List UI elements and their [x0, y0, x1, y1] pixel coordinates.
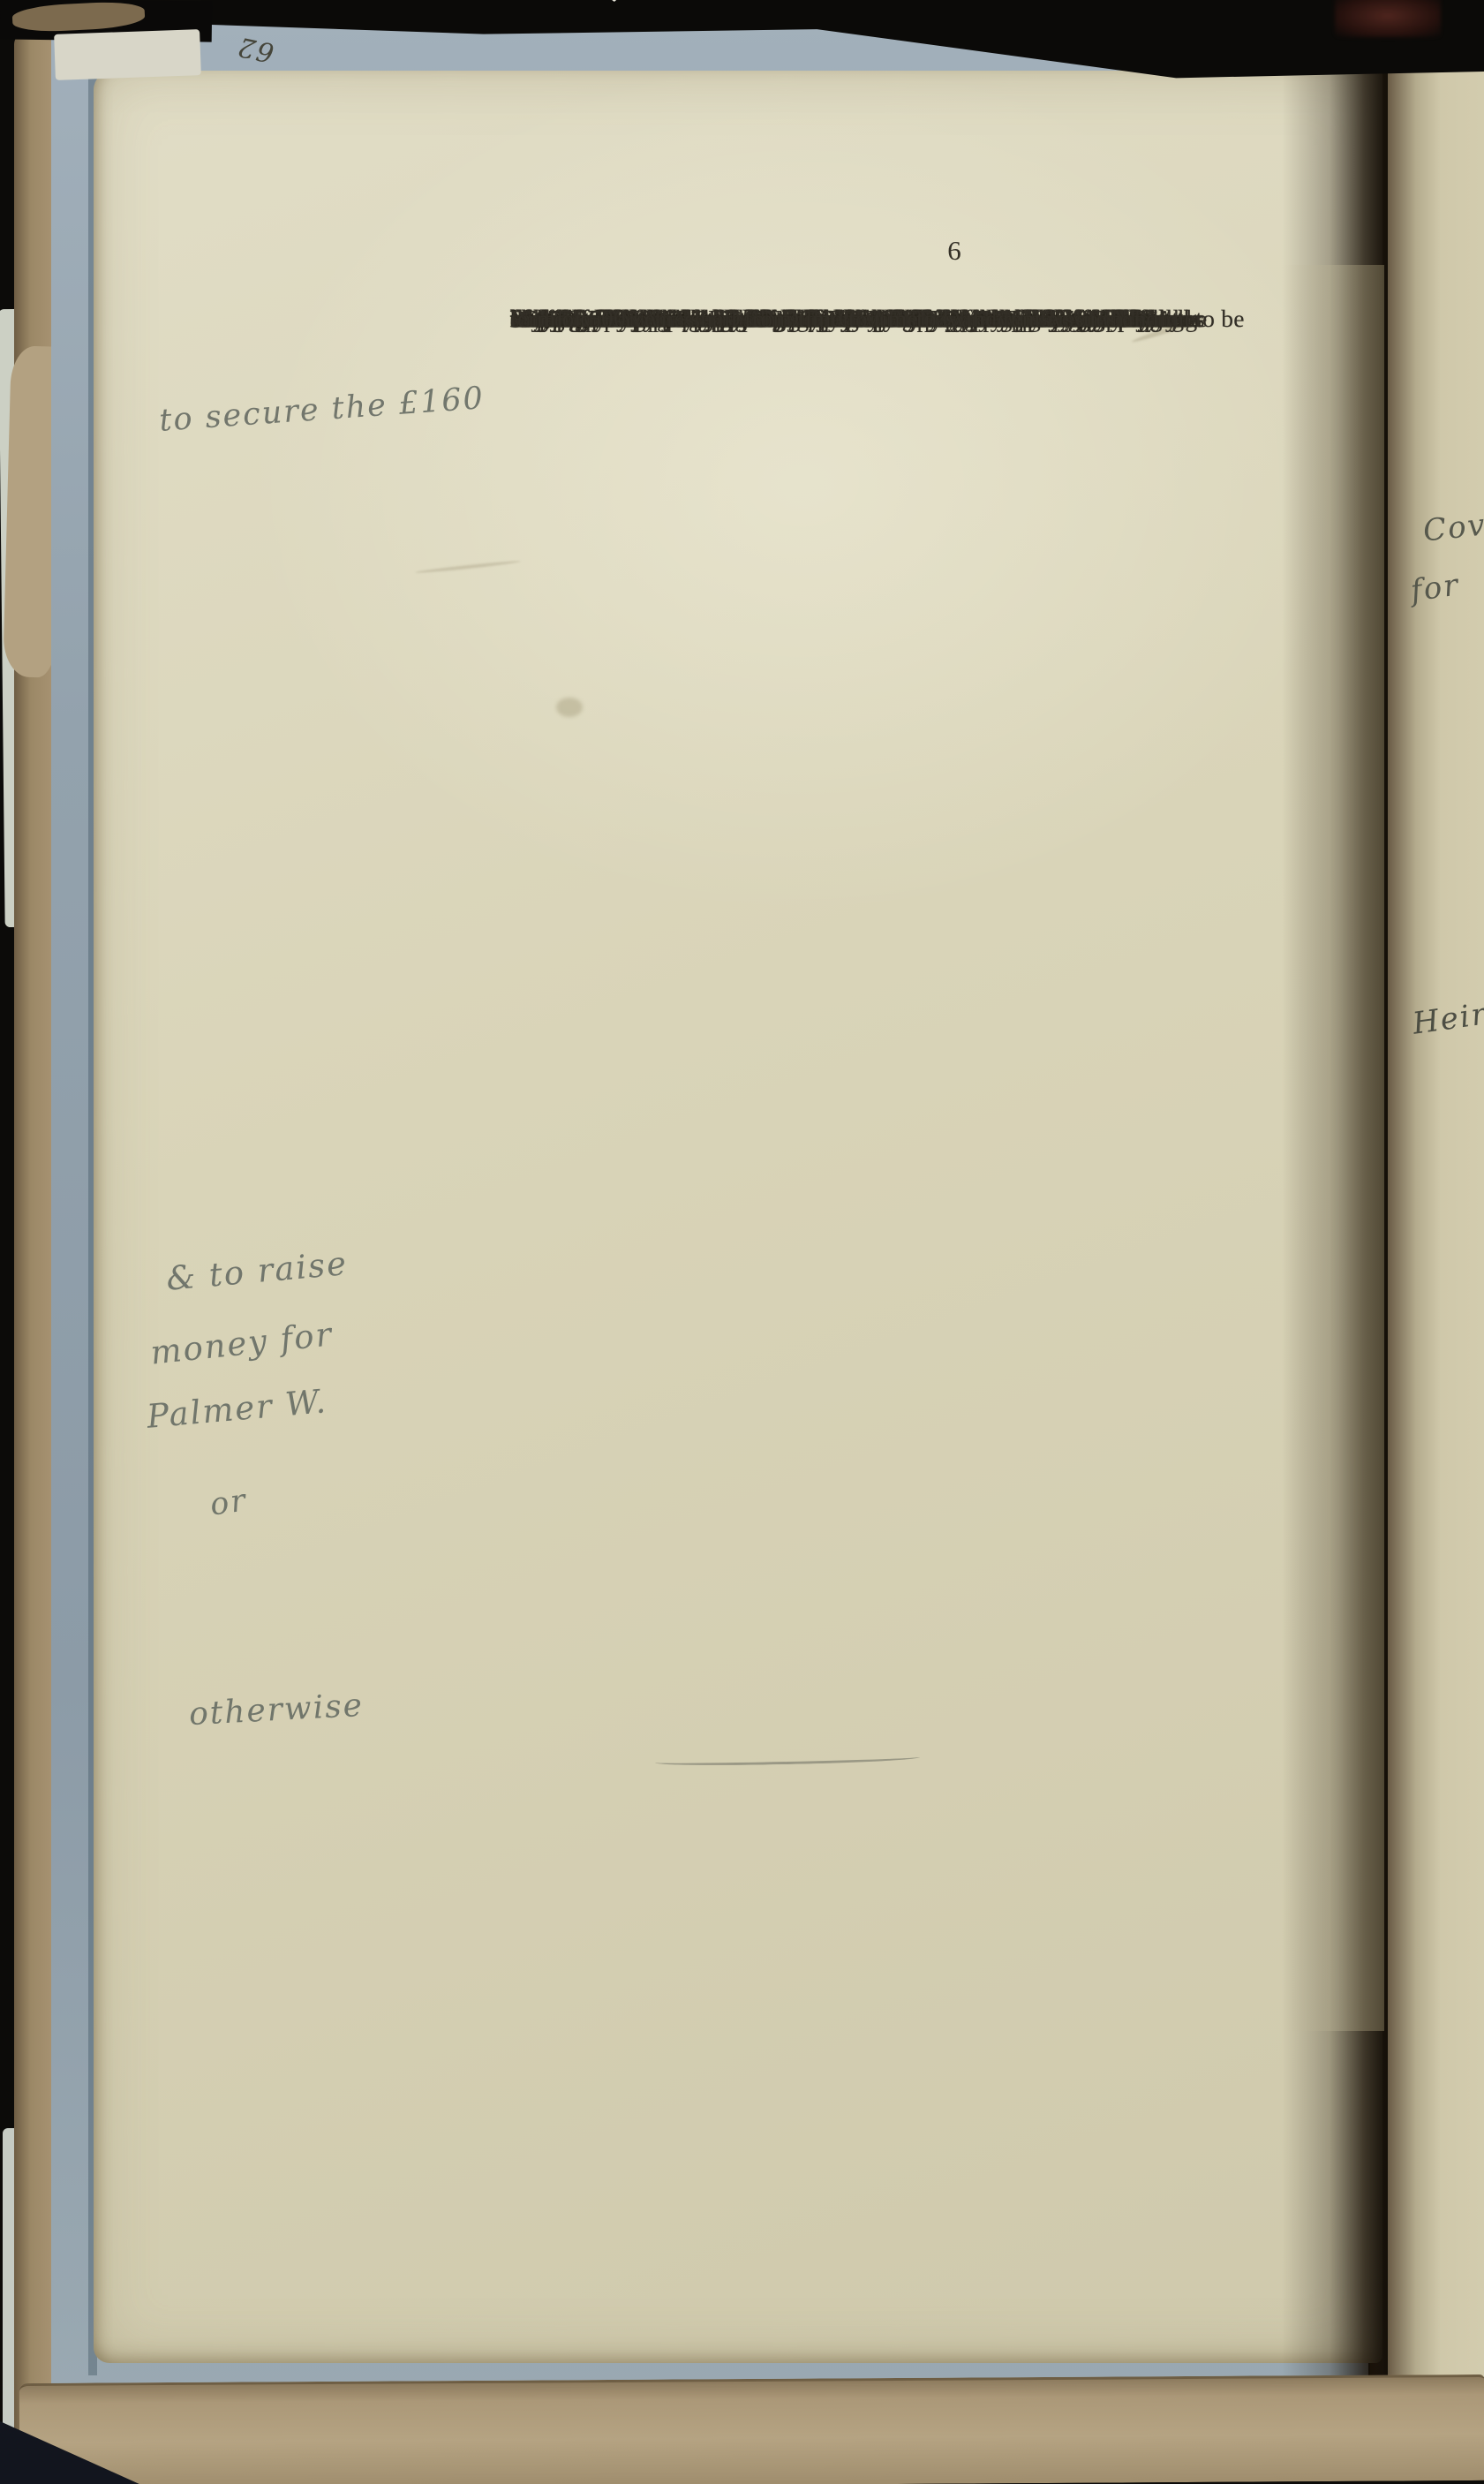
paper-stain	[556, 698, 583, 717]
margin-note: Cov	[1421, 507, 1484, 548]
margin-note: for	[1408, 567, 1461, 608]
binding-cloth-detail	[1335, 0, 1441, 37]
page-number: 6	[923, 235, 985, 267]
margin-note: or	[207, 1483, 249, 1522]
scanned-document-photo: 6 after expressed and declared of and co…	[0, 0, 1484, 2484]
text-line: term of 500 years shall from time to tim…	[510, 300, 1158, 337]
kraft-wrapping-paper	[19, 2375, 1484, 2484]
facing-page	[1370, 46, 1484, 2399]
paper-edge-sliver	[54, 29, 201, 80]
